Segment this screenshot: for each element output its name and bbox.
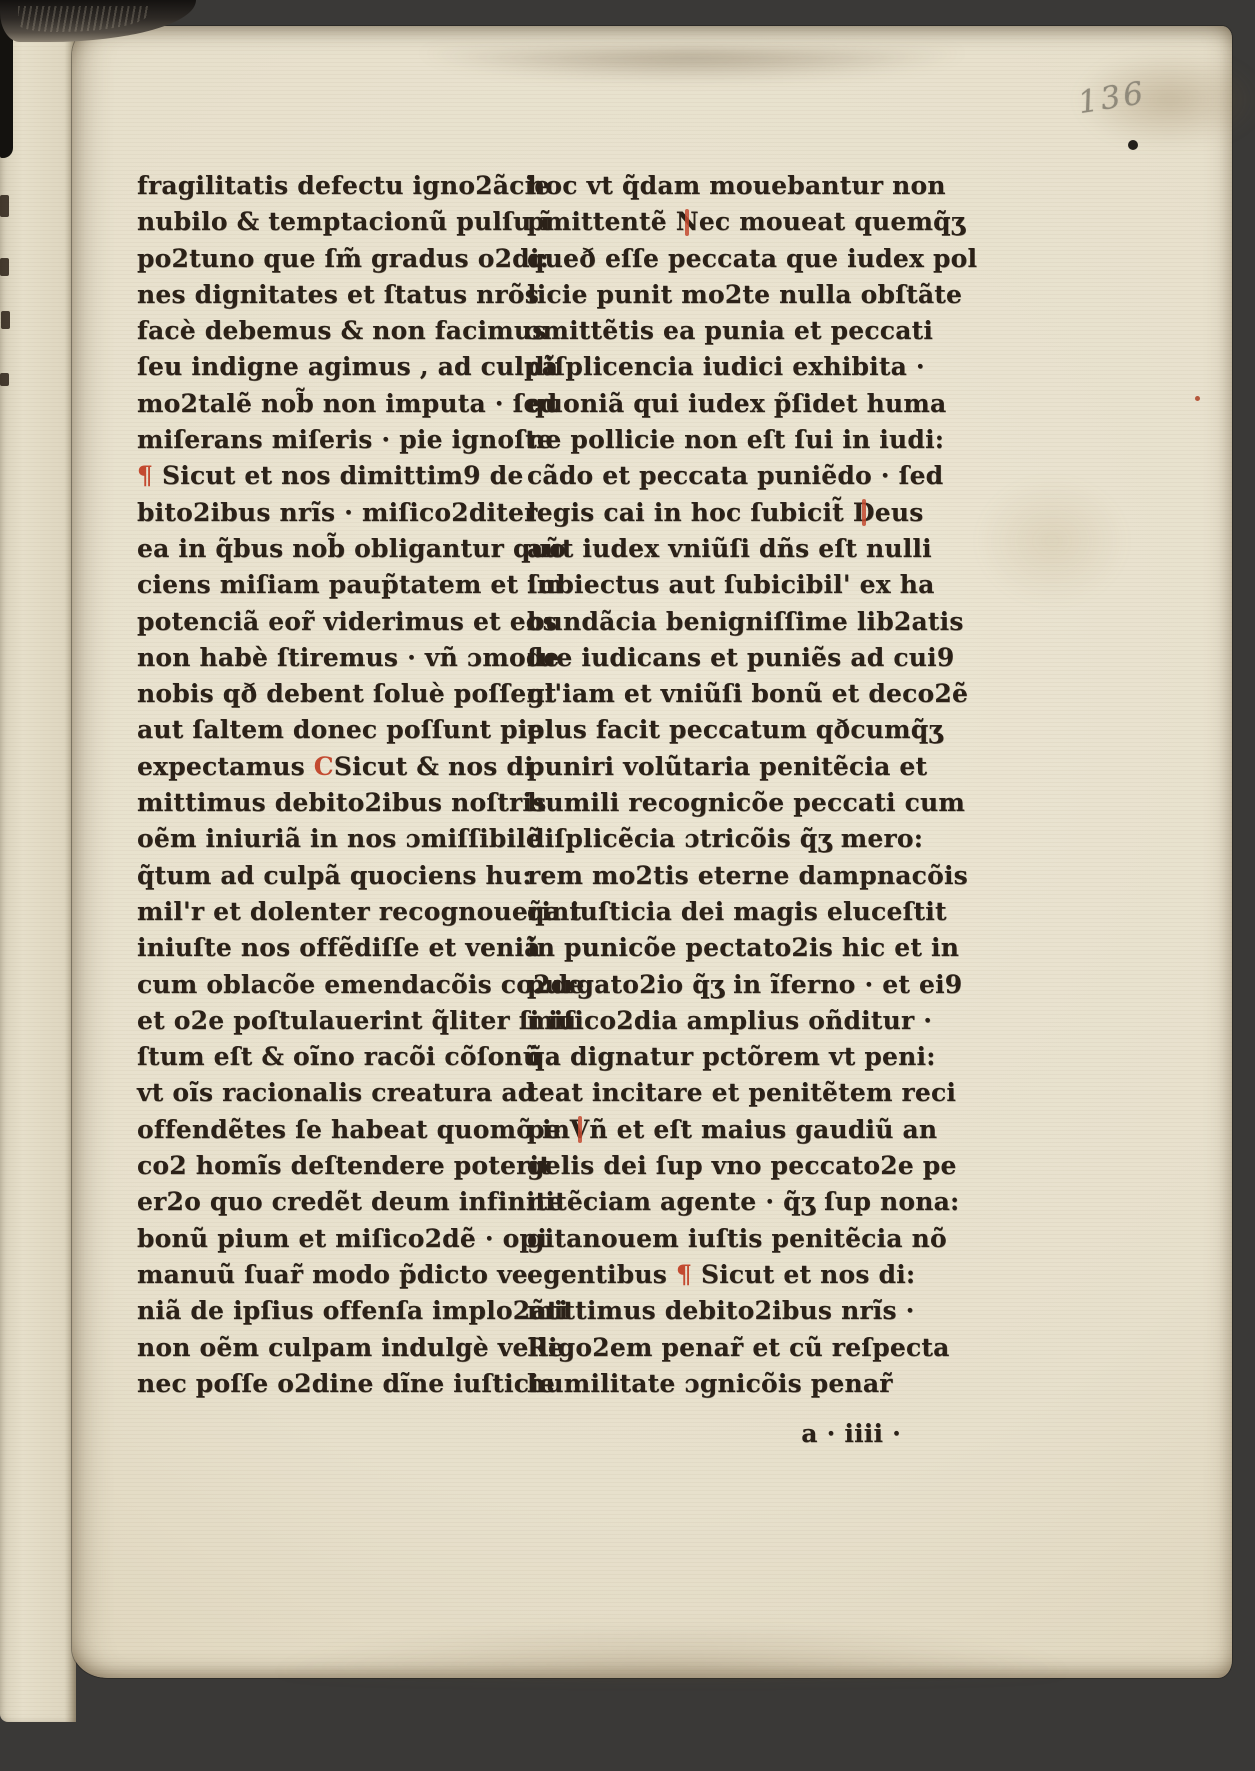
text-segment: diſplicẽcia ɔtricõis q̃ʒ mero: [527, 824, 923, 853]
paper-stain [1032, 54, 1255, 184]
text-segment: humili recognicõe peccati cum [527, 788, 965, 817]
text-line: humilitate ɔgnicõis penar̃ [527, 1366, 905, 1402]
text-segment: q̃a dignatur pctõrem vt peni: [527, 1042, 936, 1071]
text-segment: Rigo2em penar̃ et cũ reſpecta [527, 1333, 950, 1362]
text-line: non oẽm culpam indulgè velle [137, 1330, 487, 1366]
paper-stain [372, 50, 1012, 94]
text-segment: miſico2dia amplius oñditur · [527, 1006, 932, 1035]
text-line: ſue iudicans et puniẽs ad cui9 [527, 640, 905, 676]
text-segment: facè debemus & non facimus [137, 316, 547, 345]
text-line: nobis qð debent ſoluè poſſent [137, 676, 487, 712]
text-line: pmittentẽ Nec moueat quemq̃ʒ [527, 204, 905, 240]
text-segment: ſue iudicans et puniẽs ad cui9 [527, 643, 954, 672]
rubric-paragraph-mark: C [314, 752, 334, 781]
text-line: nec poſſe o2dine dĩne iuſticie [137, 1366, 487, 1402]
text-segment: queð eſſe peccata que iudex pol [527, 244, 977, 273]
book-page-scan: 136 fragilitatis defectu igno2ãcienubilo… [0, 0, 1255, 1771]
text-line: ſtum eſt & oĩno racõi cõſonũ [137, 1039, 487, 1075]
text-segment: in punicõe pectato2is hic et in [527, 933, 959, 962]
text-segment: mo2talẽ nob̃ non imputa · ſed [137, 389, 557, 418]
text-segment: pmittentẽ [527, 207, 676, 236]
text-segment: Sicut & nos di [334, 752, 534, 781]
text-line: po2tuno que ſm̃ gradus o2di: [137, 241, 487, 277]
text-segment: plus facit peccatum qðcumq̃ʒ [527, 715, 943, 744]
text-line: miſerans miſeris · pie ignoſte [137, 422, 487, 458]
text-segment: miſerans miſeris · pie ignoſte [137, 425, 553, 454]
text-line: diſplicẽcia ɔtricõis q̃ʒ mero: [527, 821, 905, 857]
text-line: ne pollicie non eſt ſui in iudi: [527, 422, 905, 458]
text-segment: nobis qð debent ſoluè poſſent [137, 679, 556, 708]
text-line: offendẽtes ſe habeat quomõ in [137, 1112, 487, 1148]
text-segment: Sicut et nos di: [692, 1260, 915, 1289]
text-segment: offendẽtes ſe habeat quomõ in [137, 1115, 570, 1144]
text-line: mo2talẽ nob̃ non imputa · ſed [137, 386, 487, 422]
text-line: legis cai in hoc ſubicit̃ Deus [527, 495, 905, 531]
text-line: licie punit mo2te nulla obſtãte [527, 277, 905, 313]
text-segment: purgato2io q̃ʒ in ĩferno · et ei9 [527, 970, 962, 999]
text-line: bonũ pium et miſico2dẽ · opi [137, 1221, 487, 1257]
text-line: miſico2dia amplius oñditur · [527, 1003, 905, 1039]
text-line: teat incitare et penitẽtem reci [527, 1075, 905, 1111]
text-segment: ec moueat quemq̃ʒ [699, 207, 965, 236]
text-segment: et o2e poſtulauerint q̃liter ſi iu [137, 1006, 576, 1035]
red-speck [1195, 396, 1200, 401]
text-line: puniri volũtaria penitẽcia et [527, 749, 905, 785]
text-line: hoc vt q̃dam mouebantur non [527, 168, 905, 204]
text-segment: bonũ pium et miſico2dẽ · opi [137, 1224, 547, 1253]
text-line: aũt iudex vniũſi dñs eſt nulli [527, 531, 905, 567]
text-line: fragilitatis defectu igno2ãcie [137, 168, 487, 204]
text-line: non habè ſtiremus · vñ ɔmode [137, 640, 487, 676]
text-segment: vt oĩs racionalis creatura ad [137, 1078, 535, 1107]
text-line: quoniã qui iudex p̃ſidet huma [527, 386, 905, 422]
text-line: q̃a dignatur pctõrem vt peni: [527, 1039, 905, 1075]
text-segment: gitanouem iuſtis penitẽcia nõ [527, 1224, 947, 1253]
text-segment: fragilitatis defectu igno2ãcie [137, 171, 550, 200]
text-segment: legis cai in hoc ſubicit̃ [527, 498, 853, 527]
text-segment: teat incitare et penitẽtem reci [527, 1078, 956, 1107]
text-segment: ſtum eſt & oĩno racõi cõſonũ [137, 1042, 541, 1071]
text-line: ſubiectus aut ſubicibil' ex ha [527, 567, 905, 603]
text-line: expectamus CSicut & nos di [137, 749, 487, 785]
rubric-paragraph-mark: ¶ [676, 1260, 692, 1289]
text-segment: potenciã eor̃ viderimus et eos [137, 607, 557, 636]
text-line: co2 homĩs deſtendere poterit [137, 1148, 487, 1184]
text-segment: q̃tum ad culpã quociens hu: [137, 861, 532, 890]
text-line: q̃a iuſticia dei magis eluceſtit [527, 894, 905, 930]
text-segment: aut ſaltem donec poſſunt pie [137, 715, 544, 744]
text-segment: po2tuno que ſm̃ gradus o2di: [137, 244, 549, 273]
text-segment: rem mo2tis eterne dampnacõis [527, 861, 968, 890]
text-line: mil'r et dolenter recognouerint [137, 894, 487, 930]
text-segment: licie punit mo2te nulla obſtãte [527, 280, 962, 309]
text-line: ¶ Sicut et nos dimittim9 de [137, 458, 487, 494]
previous-leaf-edge [0, 6, 76, 1722]
text-segment: bundãcia benigniſſime lib2atis [527, 607, 964, 636]
text-segment: iniuſte nos offẽdiſſe et veniã [137, 933, 541, 962]
text-segment: Sicut et nos dimittim9 de [153, 461, 523, 490]
text-line: nitẽciam agente · q̃ʒ ſup nona: [527, 1184, 905, 1220]
text-line: ɔmittẽtis ea punia et peccati [527, 313, 905, 349]
text-segment: co2 homĩs deſtendere poterit [137, 1151, 551, 1180]
show-through-mark [0, 258, 9, 276]
text-line: mittimus debito2ibus noſtris [137, 785, 487, 821]
text-line: egentibus ¶ Sicut et nos di: [527, 1257, 905, 1293]
text-segment: cum oblacõe emendacõis co2de [137, 970, 584, 999]
text-segment: mittimus debito2ibus nrĩs · [527, 1296, 915, 1325]
text-segment: ciens miſiam paup̃tatem et im [137, 570, 564, 599]
quire-signature: a · iiii · [527, 1416, 905, 1452]
text-line: gl'iam et vniũſi bonũ et deco2ẽ [527, 676, 905, 712]
text-segment: q̃a iuſticia dei magis eluceſtit [527, 897, 947, 926]
text-line: cum oblacõe emendacõis co2de [137, 967, 487, 1003]
text-segment: niã de ipſius offenſa implo2ãti [137, 1296, 568, 1325]
text-line: purgato2io q̃ʒ in ĩferno · et ei9 [527, 967, 905, 1003]
rubricated-initial: N [676, 204, 699, 240]
show-through-mark [0, 373, 9, 386]
ink-dot [1128, 140, 1138, 150]
text-line: potenciã eor̃ viderimus et eos [137, 604, 487, 640]
text-line: aut ſaltem donec poſſunt pie [137, 712, 487, 748]
text-line: gelis dei ſup vno peccato2e pe [527, 1148, 905, 1184]
text-segment: gelis dei ſup vno peccato2e pe [527, 1151, 957, 1180]
text-line: oẽm iniuriã in nos ɔmiſſibilẽ [137, 821, 487, 857]
text-segment: cãdo et peccata puniẽdo · ſed [527, 461, 943, 490]
text-segment: oẽm iniuriã in nos ɔmiſſibilẽ [137, 824, 542, 853]
text-line: ea in q̃bus nob̃ obligantur quo [137, 531, 487, 567]
text-line: et o2e poſtulauerint q̃liter ſi iu [137, 1003, 487, 1039]
text-segment: ɔmittẽtis ea punia et peccati [527, 316, 933, 345]
text-segment: eus [875, 498, 924, 527]
text-column-left: fragilitatis defectu igno2ãcienubilo & t… [137, 168, 487, 1402]
text-segment: non habè ſtiremus · vñ ɔmode [137, 643, 560, 672]
text-line: rem mo2tis eterne dampnacõis [527, 858, 905, 894]
text-segment: diſplicencia iudici exhibita · [527, 352, 925, 381]
text-segment: mittimus debito2ibus noſtris [137, 788, 546, 817]
text-segment: gl'iam et vniũſi bonũ et deco2ẽ [527, 679, 968, 708]
text-line: plus facit peccatum qðcumq̃ʒ [527, 712, 905, 748]
text-segment: nes dignitates et ſtatus nrõs [137, 280, 539, 309]
text-line: mittimus debito2ibus nrĩs · [527, 1293, 905, 1329]
text-line: bito2ibus nrĩs · miſico2diter [137, 495, 487, 531]
rubric-paragraph-mark: ¶ [137, 461, 153, 490]
text-segment: er2o quo credẽt deum infinite [137, 1187, 563, 1216]
text-line: er2o quo credẽt deum infinite [137, 1184, 487, 1220]
text-segment: ne pollicie non eſt ſui in iudi: [527, 425, 944, 454]
text-segment: nubilo & temptacionũ pulſu ĩ [137, 207, 550, 236]
text-segment: manuũ ſuar̃ modo p̃dicto ve [137, 1260, 528, 1289]
text-line: diſplicencia iudici exhibita · [527, 349, 905, 385]
text-segment: humilitate ɔgnicõis penar̃ [527, 1369, 893, 1398]
text-line: manuũ ſuar̃ modo p̃dicto ve [137, 1257, 487, 1293]
text-segment: ſeu indigne agimus , ad culpã [137, 352, 558, 381]
text-line: in punicõe pectato2is hic et in [527, 930, 905, 966]
text-line: ſeu indigne agimus , ad culpã [137, 349, 487, 385]
text-segment: bito2ibus nrĩs · miſico2diter [137, 498, 537, 527]
text-segment: quoniã qui iudex p̃ſidet huma [527, 389, 946, 418]
text-segment: aũt iudex vniũſi dñs eſt nulli [527, 534, 932, 563]
text-segment: pe [527, 1115, 570, 1144]
text-line: q̃tum ad culpã quociens hu: [137, 858, 487, 894]
show-through-mark [1, 311, 10, 329]
text-segment: egentibus [527, 1260, 676, 1289]
text-segment: hoc vt q̃dam mouebantur non [527, 171, 946, 200]
text-line: gitanouem iuſtis penitẽcia nõ [527, 1221, 905, 1257]
text-line: nubilo & temptacionũ pulſu ĩ [137, 204, 487, 240]
text-line: cãdo et peccata puniẽdo · ſed [527, 458, 905, 494]
text-line: iniuſte nos offẽdiſſe et veniã [137, 930, 487, 966]
text-line: ciens miſiam paup̃tatem et im [137, 567, 487, 603]
text-segment: expectamus [137, 752, 314, 781]
paper-stain [222, 1586, 1122, 1676]
show-through-mark [0, 195, 9, 217]
text-line: queð eſſe peccata que iudex pol [527, 241, 905, 277]
text-column-right: hoc vt q̃dam mouebantur nonpmittentẽ Nec… [527, 168, 905, 1452]
text-segment: puniri volũtaria penitẽcia et [527, 752, 927, 781]
text-segment: nitẽciam agente · q̃ʒ ſup nona: [527, 1187, 959, 1216]
rubricated-initial: V [570, 1112, 590, 1148]
paper-stain [952, 456, 1152, 626]
text-line: Rigo2em penar̃ et cũ reſpecta [527, 1330, 905, 1366]
text-line: facè debemus & non facimus [137, 313, 487, 349]
text-segment: nec poſſe o2dine dĩne iuſticie [137, 1369, 555, 1398]
text-line: nes dignitates et ſtatus nrõs [137, 277, 487, 313]
text-line: vt oĩs racionalis creatura ad [137, 1075, 487, 1111]
text-segment: ea in q̃bus nob̃ obligantur quo [137, 534, 566, 563]
rubricated-initial: D [853, 495, 875, 531]
text-segment: ſubiectus aut ſubicibil' ex ha [527, 570, 935, 599]
text-line: niã de ipſius offenſa implo2ãti [137, 1293, 487, 1329]
text-line: pe Vñ et eſt maius gaudiũ an [527, 1112, 905, 1148]
text-segment: mil'r et dolenter recognouerint [137, 897, 581, 926]
text-segment: ñ et eſt maius gaudiũ an [589, 1115, 937, 1144]
text-segment: non oẽm culpam indulgè velle [137, 1333, 564, 1362]
text-line: humili recognicõe peccati cum [527, 785, 905, 821]
text-line: bundãcia benigniſſime lib2atis [527, 604, 905, 640]
